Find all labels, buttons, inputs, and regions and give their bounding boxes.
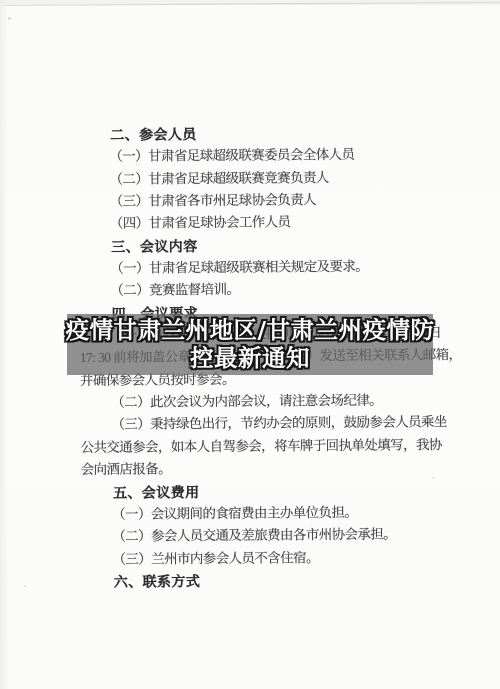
- document-line: （二）此次会议为内部会议，请注意会场纪律。: [80, 389, 440, 414]
- document-line: 三、会议内容: [79, 233, 439, 258]
- scanned-notice-screenshot: 二、参会人员（一）甘肃省足球超级联赛委员会全体人员（二）甘肃省足球超级联赛竞赛负…: [0, 0, 500, 689]
- document-line: （二）竞赛监督培训。: [79, 278, 439, 303]
- scan-noise-speck: [8, 17, 11, 20]
- document-line: 六、联系方式: [82, 568, 442, 593]
- document-line: 公共交通参会，如本人自驾参会，将车牌于回执单处填写，我协: [80, 434, 440, 459]
- document-line: （二）甘肃省足球超级联赛竞赛负责人: [78, 166, 438, 191]
- document-line: 二、参会人员: [78, 121, 438, 146]
- headline-text-line1: 疫情甘肃兰州地区/甘肃兰州疫情防: [65, 317, 434, 345]
- document-line: （二）参会人员交通及差旅费由各市州协会承担。: [81, 523, 441, 548]
- scan-noise-speck: [24, 585, 26, 587]
- headline-overlay-banner: 疫情甘肃兰州地区/甘肃兰州疫情防 控最新通知: [67, 314, 433, 375]
- document-line: （四）甘肃省足球协会工作人员: [79, 211, 439, 236]
- document-line: （一）会议期间的食宿费由主办单位负担。: [81, 501, 441, 526]
- headline-text-line2: 控最新通知: [190, 345, 310, 373]
- document-line: （一）甘肃省足球超级联赛委员会全体人员: [78, 144, 438, 169]
- document-line: （一）甘肃省足球超级联赛相关规定及要求。: [79, 255, 439, 280]
- paper-left-edge: [0, 0, 8, 689]
- document-line: （三）兰州市内参会人员不含住宿。: [81, 546, 441, 571]
- document-line: （三）甘肃省各市州足球协会负责人: [79, 188, 439, 213]
- document-line: 会向酒店报备。: [81, 456, 441, 481]
- document-line: （三）秉持绿色出行，节约办会的原则，鼓励参会人员乘坐: [80, 412, 440, 437]
- document-line: 五、会议费用: [81, 479, 441, 504]
